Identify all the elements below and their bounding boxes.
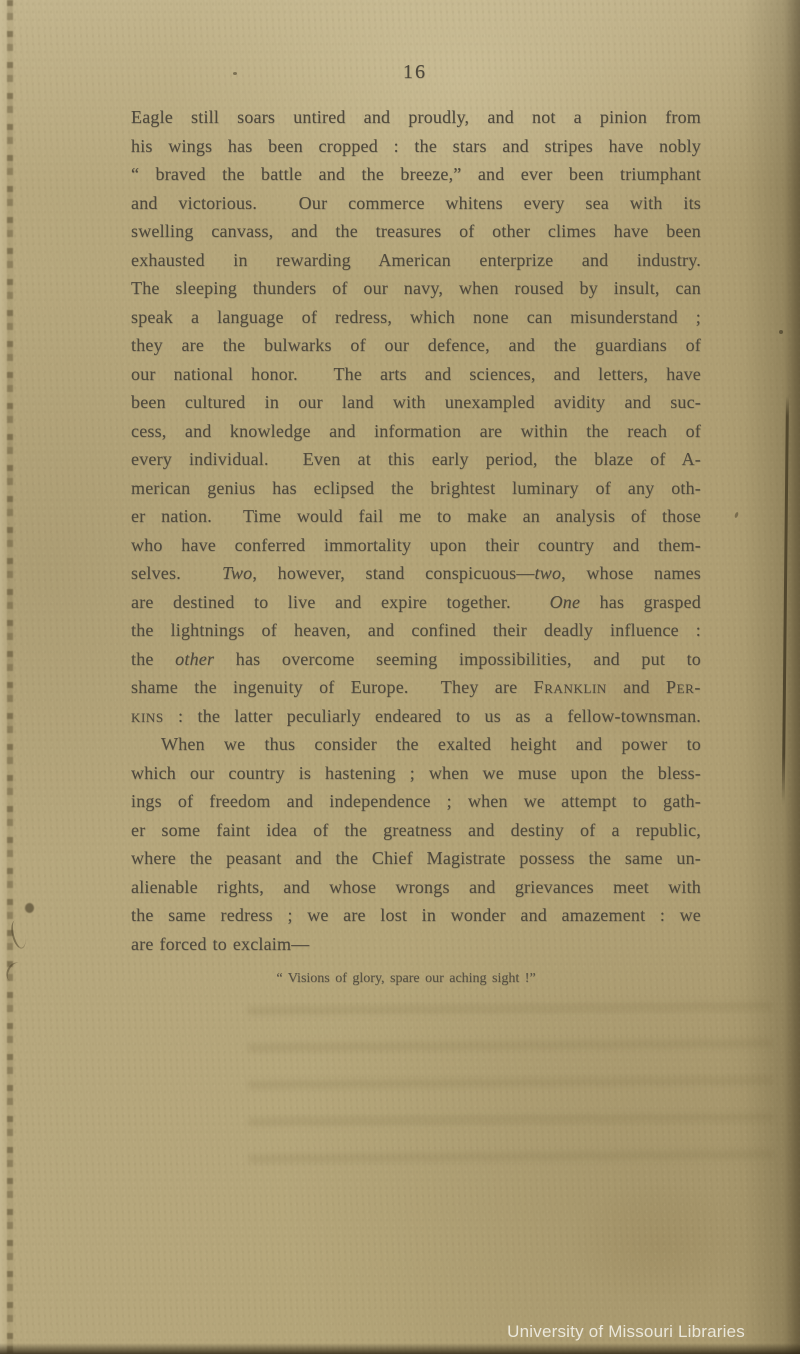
scanned-book-page: 16 Eagle still soars untired and proudly…	[0, 0, 800, 1354]
text-line: and victorious. Our commerce whitens eve…	[131, 189, 701, 218]
ink-speck	[734, 512, 739, 519]
text-line: selves. Two, however, stand conspicuous—…	[131, 559, 701, 588]
text-line: they are the bulwarks of our defence, an…	[131, 331, 701, 360]
text-line: er nation. Time would fail me to make an…	[131, 502, 701, 531]
library-watermark: University of Missouri Libraries	[507, 1322, 745, 1342]
text-line: When we thus consider the exalted height…	[131, 730, 701, 759]
verso-show-through	[247, 1002, 773, 1179]
bottom-edge-shadow	[0, 1343, 800, 1354]
text-line: every individual. Even at this early per…	[131, 445, 701, 474]
text-line: which our country is hastening ; when we…	[131, 759, 701, 788]
text-line: merican genius has eclipsed the brightes…	[131, 474, 701, 503]
right-crack-mark	[782, 396, 789, 804]
text-line: kins : the latter peculiarly endeared to…	[131, 702, 701, 731]
left-ragged-edge	[7, 0, 13, 1354]
text-line: exhausted in rewarding American enterpri…	[131, 246, 701, 275]
ink-speck	[779, 330, 783, 334]
text-line: are forced to exclaim—	[131, 930, 701, 959]
text-line: alienable rights, and whose wrongs and g…	[131, 873, 701, 902]
text-line: who have conferred immortality upon thei…	[131, 531, 701, 560]
text-line: been cultured in our land with unexample…	[131, 388, 701, 417]
text-line: speak a language of redress, which none …	[131, 303, 701, 332]
text-line: his wings has been cropped : the stars a…	[131, 132, 701, 161]
text-line: our national honor. The arts and science…	[131, 360, 701, 389]
quote-line: “ Visions of glory, spare our aching sig…	[6, 971, 800, 987]
text-line: the lightnings of heaven, and confined t…	[131, 616, 701, 645]
page-number: 16	[15, 61, 800, 84]
text-line: er some faint idea of the greatness and …	[131, 816, 701, 845]
text-line: shame the ingenuity of Europe. They are …	[131, 673, 701, 702]
text-block: Eagle still soars untired and proudly, a…	[131, 103, 701, 958]
margin-blot	[25, 903, 34, 913]
ink-speck	[233, 72, 237, 75]
text-line: Eagle still soars untired and proudly, a…	[131, 103, 701, 132]
text-line: ings of freedom and independence ; when …	[131, 787, 701, 816]
text-line: the same redress ; we are lost in wonder…	[131, 901, 701, 930]
text-line: the other has overcome seeming impossibi…	[131, 645, 701, 674]
text-line: The sleeping thunders of our navy, when …	[131, 274, 701, 303]
text-line: swelling canvass, and the treasures of o…	[131, 217, 701, 246]
text-line: are destined to live and expire together…	[131, 588, 701, 617]
text-line: where the peasant and the Chief Magistra…	[131, 844, 701, 873]
left-edge-highlight	[0, 0, 7, 1354]
text-line: “ braved the battle and the breeze,” and…	[131, 160, 701, 189]
text-line: cess, and knowledge and information are …	[131, 417, 701, 446]
